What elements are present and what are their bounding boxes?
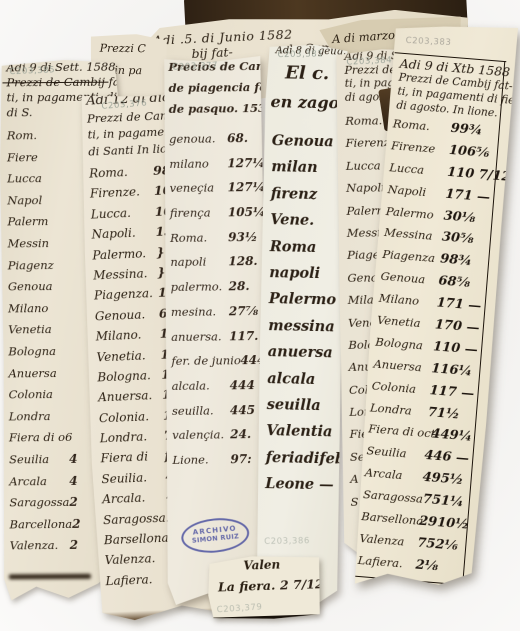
city-name: Roma. [170, 230, 228, 245]
city-name: napoli [269, 264, 320, 282]
rate-value: 4 [69, 452, 77, 466]
ink-smudge [9, 574, 91, 580]
city-name: Genoua [272, 132, 334, 150]
city-name: Anuersa [8, 365, 68, 379]
catalog-code: C203,381 [277, 49, 323, 60]
rate-value: 446 — [424, 448, 470, 467]
city-name: Valentia [266, 422, 333, 440]
rate-value: 97: [230, 452, 251, 466]
city-name: seuilla [267, 396, 321, 414]
city-name: Palermo [269, 290, 337, 308]
city-name: mesina. [171, 304, 229, 319]
city-name: palermo. [171, 279, 229, 294]
paper-surface: C203,377 Precios de Cambiode piagencia f… [162, 56, 268, 605]
rate-row: seuilla.445 [172, 402, 266, 428]
paper-strip-precios-1537: C203,377 Precios de Cambiode piagencia f… [162, 34, 268, 583]
city-row: Roma [269, 238, 343, 266]
catalog-code: C203,383 [405, 36, 451, 48]
city-row: firenz [270, 185, 344, 213]
city-row: milan [271, 159, 345, 187]
city-name: Arcala [9, 473, 69, 487]
rate-value: 2 7/12 [280, 576, 324, 592]
rate-row: Lione.97: [172, 452, 266, 478]
rate-value: 444 [230, 378, 255, 392]
city-name: Rom. [7, 128, 67, 142]
rate-value: 127¼ [227, 156, 265, 170]
city-name: anuersa. [171, 329, 229, 344]
catalog-code: C203,377 [172, 61, 218, 73]
rate-value: 106⅚ [448, 143, 490, 161]
city-name: valençia. [172, 428, 230, 443]
city-name: Leone — [265, 475, 334, 493]
city-name: alcala [267, 370, 315, 388]
rate-value: 28. [229, 279, 250, 293]
city-name: veneçia [170, 181, 228, 196]
city-name: Venetia. [96, 347, 161, 364]
rate-row: mesina.27⅞ [171, 304, 265, 330]
city-name: seuilla. [172, 403, 230, 418]
rate-value: 93½ [228, 230, 257, 244]
city-row: Valentia [266, 422, 340, 450]
city-name: milan [271, 159, 318, 177]
rate-value: 751¼ [422, 492, 464, 510]
city-name: Milano. [95, 327, 160, 344]
city-name: Valenza. [104, 551, 169, 568]
city-name: Vene. [270, 211, 314, 229]
city-name: firença [170, 205, 228, 220]
city-name: Napoli [346, 181, 385, 196]
rate-value: 24. [230, 427, 251, 441]
rate-row: firença105¼ [170, 205, 264, 231]
city-name: Genoua. [95, 307, 160, 324]
city-name: Lucca. [91, 205, 156, 222]
rate-value: 110 7/12 [447, 165, 512, 185]
rate-value: 68. [227, 131, 248, 145]
rate-row: genoua.68. [169, 131, 263, 157]
rate-value: 445 [230, 403, 255, 417]
city-name: fer. de junio [171, 353, 240, 368]
rate-value: 30⅝ [441, 230, 474, 247]
rate-row: milano127¼ [169, 156, 263, 182]
header-line: en zagoz [264, 88, 347, 118]
rate-value: 495½ [422, 470, 464, 488]
city-name: firenz [271, 185, 318, 203]
city-name: Roma [270, 238, 317, 256]
rate-value: 30⅛ [443, 208, 476, 225]
rate-value: 171 — [436, 296, 482, 315]
city-row: seuilla [266, 396, 340, 424]
rate-value: 4 [69, 473, 77, 487]
rate-value: 449¼ [431, 427, 473, 445]
rate-value: 71½ [427, 405, 460, 422]
header-line: de piagencia fera [168, 77, 262, 99]
rate-row: Roma.93½ [170, 230, 264, 256]
city-name: Bologna [8, 344, 68, 358]
city-row: messina [268, 317, 342, 345]
rate-row: anuersa.117. [171, 328, 265, 354]
city-row: alcala [267, 370, 341, 398]
rate-value: 128. [228, 254, 257, 268]
city-name: Colonia. [99, 408, 164, 425]
city-name: Napol [7, 193, 67, 207]
rate-value: 170 — [434, 317, 480, 336]
city-name: messina [268, 317, 335, 335]
city-name: Firenze. [90, 184, 155, 201]
rate-row: valençia.24. [172, 427, 266, 453]
city-name: Fiere [7, 150, 67, 164]
rate-value: 2910½ [419, 514, 470, 533]
paper-surface: Valen La fiera. 2 7/12 C203,379 [207, 554, 321, 620]
rate-value: 117. [229, 329, 258, 343]
city-row: Leone — [265, 475, 339, 503]
rate-row: La fiera. 2 7/12 [218, 576, 324, 594]
city-name: Valenza. [10, 538, 70, 552]
paper-surface: C203,381 Adi 8 di geug.El c.en zagoz Gen… [255, 44, 348, 607]
archivo-simon-ruiz-stamp: ARCHIVO SIMON RUIZ [180, 515, 251, 555]
city-name: Fiera di o6 [9, 430, 73, 444]
city-name: Barsellona. [104, 531, 173, 548]
city-name: Seuilia [9, 452, 69, 466]
city-name: Napoli. [91, 225, 156, 242]
city-name: Piagenz [8, 258, 68, 272]
catalog-code: C203,379 [216, 602, 262, 615]
city-name: Messin [8, 236, 68, 250]
bottom-fragment-la-fiera: Valen La fiera. 2 7/12 C203,379 [207, 554, 321, 617]
rate-value: 98¾ [440, 252, 473, 269]
rate-row: alcala.444 [172, 378, 266, 404]
city-row: Vene. [270, 211, 344, 239]
city-row: Palermo [268, 290, 342, 318]
city-name: feriadifeb. [266, 449, 351, 468]
city-row: feriadifeb. [265, 449, 339, 477]
rate-value: 127¼ [228, 180, 266, 194]
city-name: Saragossa. [103, 510, 170, 527]
city-name: Palerm [7, 214, 67, 228]
rate-value: 116¼ [431, 361, 473, 379]
city-name: Venetia [8, 322, 68, 336]
city-name: Lione. [172, 452, 230, 467]
city-name: Palermo. [92, 245, 157, 262]
rate-value: 2 [70, 538, 78, 552]
city-name: genoua. [169, 131, 227, 146]
rate-value: 2 [69, 495, 77, 509]
city-name: Lucca [7, 171, 67, 185]
city-name: Roma. [345, 113, 382, 128]
city-name: Genoua [8, 279, 68, 293]
city-name: milano [169, 156, 227, 171]
city-name: napoli [170, 255, 228, 270]
city-name: Milano [8, 301, 68, 315]
partial-text: Valen [243, 557, 280, 572]
city-name: Roma. [89, 164, 154, 181]
rate-value: 110 — [433, 339, 479, 358]
city-name: Barcellona [10, 517, 73, 531]
city-name: Seuilia. [101, 470, 166, 487]
rate-value: 27⅞ [229, 304, 258, 318]
rate-value: 752⅙ [417, 536, 459, 554]
city-name: Londra. [100, 429, 165, 446]
strip-header: Adi 9 di Xtb 1588Prezzi de Cambij fat-ti… [396, 57, 506, 121]
rate-value: 171 — [445, 186, 491, 205]
city-name: Colonia [9, 387, 69, 401]
city-name: alcala. [172, 378, 230, 393]
rate-value: 2 [72, 517, 80, 531]
rate-list: genoua.68.milano127¼veneçia127¼firença10… [163, 131, 267, 478]
city-row: anuersa [267, 343, 341, 371]
city-row: Genoua [271, 132, 345, 160]
header-line: El c. [265, 58, 348, 90]
city-name: Roma. [392, 116, 451, 135]
paper-strip-handwritten: C203,381 Adi 8 di geug.El c.en zagoz Gen… [255, 28, 348, 591]
city-row: napoli [269, 264, 343, 292]
city-list: GenouamilanfirenzVene.RomanapoliPalermom… [257, 132, 346, 503]
rate-value: 2⅛ [415, 557, 439, 574]
city-name: Lafiera. [105, 571, 170, 588]
photo-exchange-rate-slips: Adi .5. di Junio 1582 bij fat- de Cambij… [0, 0, 520, 631]
rate-value: 105¼ [228, 205, 266, 219]
city-name: Lucca [346, 158, 381, 172]
rate-value: 68⅝ [438, 274, 471, 291]
city-name: Messina. [93, 266, 158, 283]
rate-row: palermo.28. [171, 279, 265, 305]
rate-value: 117 — [429, 383, 475, 402]
catalog-code: C203,385 [9, 65, 55, 77]
city-name: Saragossa [9, 495, 69, 509]
rate-value: 99¾ [450, 121, 483, 138]
rate-row: veneçia127¼ [170, 180, 264, 206]
city-name: La fiera. [218, 578, 280, 595]
city-name: Bologna. [97, 368, 162, 385]
city-name: Piagenza. [94, 286, 159, 303]
city-name: Londra [9, 409, 69, 423]
city-name: Anuersa. [98, 388, 163, 405]
city-name: Fiera di [100, 449, 165, 466]
catalog-code: C203,386 [264, 536, 310, 547]
rate-row: napoli128. [170, 254, 264, 280]
city-name: anuersa [268, 343, 333, 361]
rate-row: fer. de junio444 [171, 353, 265, 379]
header-line: de pasquo. 1537. [169, 98, 263, 120]
city-name: Arcala. [102, 490, 167, 507]
